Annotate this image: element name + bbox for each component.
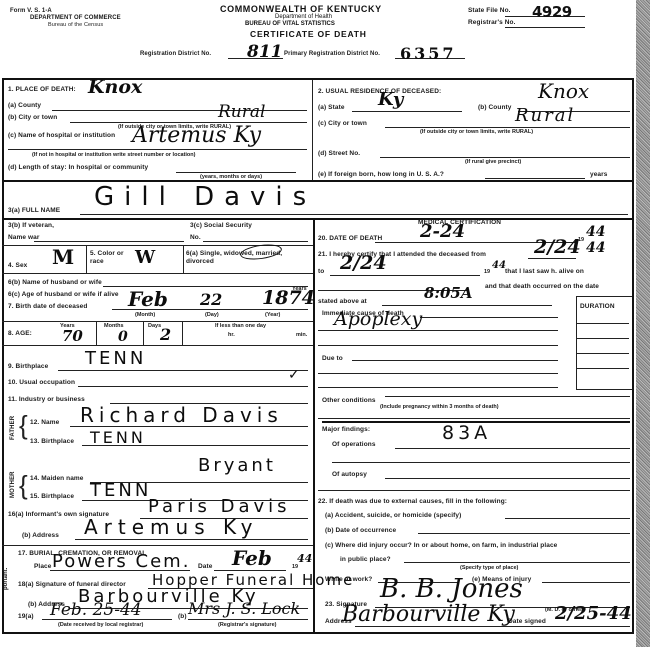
attend-from-year: 44 [586, 240, 605, 256]
external-heading: 22. If death was due to external causes,… [318, 498, 507, 505]
specify-note: (Specify type of place) [460, 565, 518, 571]
father-birthplace-label: 13. Birthplace [30, 438, 74, 445]
death-certificate: Form V. S. 1-A DEPARTMENT OF COMMERCE Bu… [0, 0, 650, 647]
industry-label: 11. Industry or business [8, 396, 85, 403]
full-name-label: 3(a) FULL NAME [8, 207, 60, 214]
reg-district-value: 811 [247, 42, 283, 62]
birth-year: 1874 [262, 287, 315, 309]
attend-to: 2/24 [340, 252, 387, 274]
informant-sig-value: Paris Davis [148, 496, 291, 517]
occurrence-label: (b) Date of occurrence [325, 527, 396, 534]
primary-district-value: 6357 [400, 44, 457, 63]
birth-label: 7. Birth date of deceased [8, 303, 87, 310]
attend-from: 2/24 [534, 236, 581, 258]
bureau-vital: BUREAU OF VITAL STATISTICS [245, 21, 335, 27]
death-time-value: 8:05A [424, 284, 473, 302]
father-side-label: FATHER [10, 416, 16, 440]
registrar-note: (Registrar's signature) [218, 622, 276, 628]
res-county-label: (b) County [478, 104, 512, 111]
color-label: 5. Color or race [90, 250, 130, 266]
foreign-label: (e) If foreign born, how long in U. S. A… [318, 171, 444, 178]
mother-maiden-value: Bryant [198, 455, 276, 476]
operations-label: Of operations [332, 441, 376, 448]
res-city-note: (If outside city or town limits, write R… [420, 129, 533, 135]
less-day-caption: If less than one day [215, 323, 266, 329]
hospital-label: (c) Name of hospital or institution [8, 132, 115, 139]
res-city-label: (c) City or town [318, 120, 367, 127]
date-signed-label: Date signed [508, 618, 546, 625]
major-findings-label: Major findings: [322, 426, 370, 433]
cert-title: CERTIFICATE OF DEATH [250, 29, 367, 39]
color-value: W [135, 247, 155, 268]
dept-health: Department of Health [275, 14, 332, 20]
informant-address-value: Artemus Ky [84, 515, 258, 539]
ss-no-label: No. [190, 234, 201, 241]
spouse-age-label: 6(c) Age of husband or wife if alive [8, 291, 119, 298]
attend-to-year: 44 [492, 260, 506, 271]
registrar-no-label: Registrar's No. [468, 19, 515, 26]
veteran-label: 3(b) If veteran, [8, 222, 54, 229]
burial-place-label: Place [34, 563, 52, 570]
other-conditions-note: (Include pregnancy within 3 months of de… [380, 404, 499, 410]
age-days: 2 [160, 325, 171, 344]
occurred-label: and that death occurred on the date [485, 283, 599, 290]
day-caption: (Day) [205, 312, 219, 318]
at-work-label: While at work? [325, 576, 372, 583]
burial-place-value: Powers Cem. [52, 551, 190, 572]
war-label: Name war [8, 234, 40, 241]
full-name-value: Gill Davis [94, 182, 316, 212]
where-label: (c) Where did injury occur? In or about … [325, 542, 557, 549]
hospital-note: (If not in hospital or institution write… [32, 152, 195, 158]
state-file-label: State File No. [468, 7, 511, 14]
duration-label: DURATION [580, 303, 615, 310]
stay-label: (d) Length of stay: In hospital or commu… [8, 164, 148, 171]
state-file-number: 4929 [532, 3, 572, 21]
stated-label: stated above at [318, 298, 367, 305]
immediate-value: Apoplexy [334, 308, 422, 330]
dept-commerce: DEPARTMENT OF COMMERCE [30, 15, 121, 21]
month-caption: (Month) [135, 312, 155, 318]
accident-label: (a) Accident, suicide, or homicide (spec… [325, 512, 461, 519]
res-county-value: Knox [538, 79, 589, 103]
hr-caption: hr. [228, 332, 235, 338]
foreign-unit: years [590, 171, 608, 178]
birth-month: Feb [128, 287, 168, 311]
public-place-label: in public place? [340, 556, 391, 563]
doc-title: COMMONWEALTH OF KENTUCKY [220, 4, 382, 14]
received-value: Feb. 25-44 [50, 600, 142, 620]
birthplace-value: TENN [85, 348, 146, 369]
sex-label: 4. Sex [8, 262, 27, 269]
checkmark-icon: ✓ [288, 366, 300, 383]
duration-box [576, 296, 632, 390]
street-note: (If rural give precinct) [465, 159, 521, 165]
death-year-value: 44 [586, 224, 605, 240]
other-conditions-label: Other conditions [322, 397, 376, 404]
city-value: Rural [218, 102, 265, 122]
received-note: (Date received by local registrar) [58, 622, 143, 628]
age-label: 8. AGE: [8, 330, 32, 337]
age-months: 0 [118, 329, 128, 345]
occupation-label: 10. Usual occupation [8, 379, 75, 386]
mother-side-label: MOTHER [10, 471, 16, 498]
scan-edge [636, 0, 650, 647]
res-state-value: Ky [378, 89, 403, 110]
spouse-name-label: 6(b) Name of husband or wife [8, 279, 102, 286]
father-name-label: 12. Name [30, 419, 59, 426]
sex-value: M [52, 245, 74, 269]
hospital-value: Artemus Ky [132, 123, 261, 148]
date-of-death-label: 20. DATE OF DEATH [318, 235, 382, 242]
bureau-census: Bureau of the Census [48, 22, 103, 28]
margin-note: portant. [3, 568, 9, 590]
father-birthplace-value: TENN [90, 428, 146, 447]
father-brace: { [19, 412, 28, 438]
place-of-death-heading: 1. PLACE OF DEATH: [8, 86, 76, 93]
operations-value: 83A [442, 422, 491, 444]
attend-to-prefix: 19 [484, 269, 490, 275]
street-label: (d) Street No. [318, 150, 360, 157]
res-city-value: Rural [515, 105, 575, 126]
physician-sig-value: B. B. Jones [380, 574, 523, 604]
date-of-death-value: 2-24 [420, 221, 465, 242]
last-saw-label: that I last saw h. alive on [505, 268, 584, 275]
res-state-label: (a) State [318, 104, 345, 111]
age-years: 70 [62, 327, 83, 345]
burial-date-value: Feb [232, 546, 272, 570]
birthplace-label: 9. Birthplace [8, 363, 48, 370]
registrar-value: Mrs J. S. Lock [188, 599, 300, 618]
father-name-value: Richard Davis [80, 403, 283, 427]
due-to-label: Due to [322, 355, 343, 362]
mother-brace: { [19, 472, 28, 498]
min-caption: min. [296, 332, 307, 338]
to-label: to [318, 268, 324, 275]
mother-maiden-label: 14. Maiden name [30, 475, 84, 482]
physician-address-value: Barbourville Ky [342, 602, 515, 627]
stay-note: (years, months or days) [200, 174, 262, 180]
county-value: Knox [88, 76, 142, 98]
date-signed-value: 2/25-44 [555, 603, 632, 624]
birth-day: 22 [200, 290, 222, 309]
year-caption: (Year) [265, 312, 280, 318]
mother-birthplace-value: TENN [90, 480, 151, 501]
burial-year-value: 44 [297, 552, 312, 565]
city-label: (b) City or town [8, 114, 57, 121]
county-label: (a) County [8, 102, 41, 109]
autopsy-label: Of autopsy [332, 471, 367, 478]
mother-birthplace-label: 15. Birthplace [30, 493, 74, 500]
received-label: 19(a) [18, 613, 34, 620]
ss-label: 3(c) Social Security [190, 222, 252, 229]
registrar-label: (b) [178, 613, 187, 620]
informant-address-label: (b) Address [22, 532, 59, 539]
primary-district-label: Primary Registration District No. [284, 51, 380, 57]
burial-date-label: Date [198, 563, 213, 570]
form-number: Form V. S. 1-A [10, 8, 52, 14]
reg-district-label: Registration District No. [140, 51, 211, 57]
